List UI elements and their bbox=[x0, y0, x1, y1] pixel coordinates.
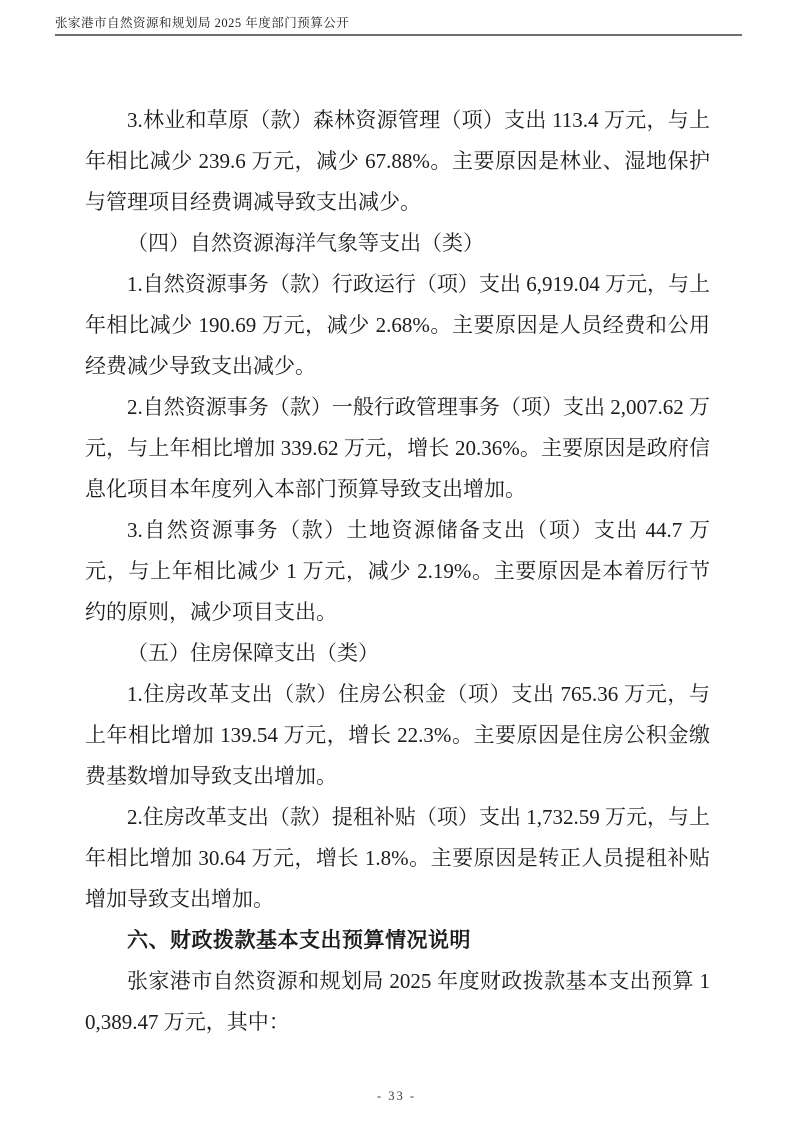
document-page: 张家港市自然资源和规划局 2025 年度部门预算公开 3.林业和草原（款）森林资… bbox=[0, 0, 793, 1122]
section-heading-basic-expenditure-budget: 六、财政拨款基本支出预算情况说明 bbox=[85, 920, 710, 961]
paragraph-rent-increase-subsidy: 2.住房改革支出（款）提租补贴（项）支出 1,732.59 万元，与上年相比增加… bbox=[85, 797, 710, 920]
page-number: - 33 - bbox=[0, 1089, 793, 1104]
paragraph-administrative-operation: 1.自然资源事务（款）行政运行（项）支出 6,919.04 万元，与上年相比减少… bbox=[85, 264, 710, 387]
paragraph-forestry-resource-management: 3.林业和草原（款）森林资源管理（项）支出 113.4 万元，与上年相比减少 2… bbox=[85, 100, 710, 223]
document-header-title: 张家港市自然资源和规划局 2025 年度部门预算公开 bbox=[55, 16, 742, 36]
paragraph-general-administrative-affairs: 2.自然资源事务（款）一般行政管理事务（项）支出 2,007.62 万元，与上年… bbox=[85, 387, 710, 510]
document-body: 3.林业和草原（款）森林资源管理（项）支出 113.4 万元，与上年相比减少 2… bbox=[85, 100, 710, 1043]
paragraph-housing-provident-fund: 1.住房改革支出（款）住房公积金（项）支出 765.36 万元，与上年相比增加 … bbox=[85, 674, 710, 797]
paragraph-land-resource-reserve: 3.自然资源事务（款）土地资源储备支出（项）支出 44.7 万元，与上年相比减少… bbox=[85, 510, 710, 633]
subheading-natural-resources-ocean-meteorology: （四）自然资源海洋气象等支出（类） bbox=[85, 223, 710, 264]
paragraph-basic-expenditure-total: 张家港市自然资源和规划局 2025 年度财政拨款基本支出预算 10,389.47… bbox=[85, 961, 710, 1043]
subheading-housing-security-expenditure: （五）住房保障支出（类） bbox=[85, 633, 710, 674]
